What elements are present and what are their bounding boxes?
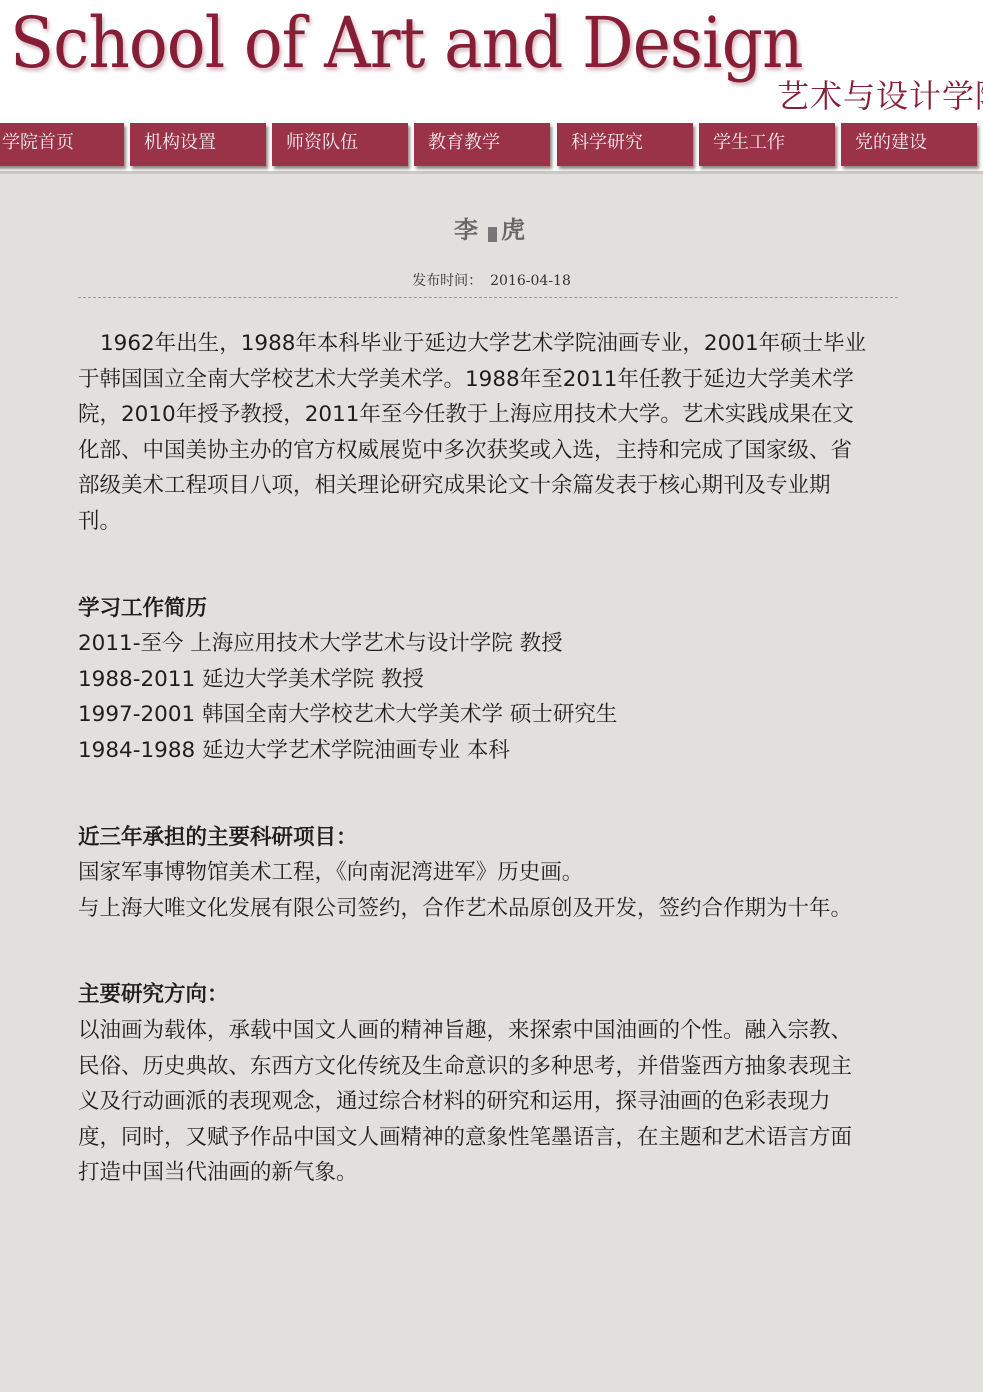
- article-title-wrap: 李虎: [0, 210, 983, 245]
- resume-line: 2011-至今 上海应用技术大学艺术与设计学院 教授: [78, 626, 868, 662]
- project-line: 与上海大唯文化发展有限公司签约，合作艺术品原创及开发，签约合作期为十年。: [78, 891, 868, 927]
- section-title: 主要研究方向：: [78, 977, 868, 1013]
- main-nav: 学院首页 机构设置 师资队伍 教育教学 科学研究 学生工作 党的建设: [0, 118, 983, 174]
- logo-english[interactable]: School of Art and Design: [10, 8, 803, 78]
- intro-paragraph: 1962年出生，1988年本科毕业于延边大学艺术学院油画专业，2001年硕士毕业…: [78, 326, 868, 540]
- title-given-name: 虎: [501, 216, 529, 244]
- nav-item-student-affairs[interactable]: 学生工作: [699, 123, 835, 166]
- redaction-mark: [488, 227, 497, 242]
- resume-line: 1988-2011 延边大学美术学院 教授: [78, 662, 868, 698]
- nav-item-education[interactable]: 教育教学: [414, 123, 550, 166]
- nav-item-home[interactable]: 学院首页: [0, 123, 124, 166]
- article-body: 1962年出生，1988年本科毕业于延边大学艺术学院油画专业，2001年硕士毕业…: [78, 326, 868, 1191]
- title-surname: 李: [454, 216, 482, 244]
- section-research-direction: 主要研究方向： 以油画为载体，承载中国文人画的精神旨趣，来探索中国油画的个性。融…: [78, 977, 868, 1191]
- dashed-divider: [78, 297, 898, 298]
- section-title: 近三年承担的主要科研项目：: [78, 820, 868, 856]
- resume-line: 1984-1988 延边大学艺术学院油画专业 本科: [78, 733, 868, 769]
- publish-date: 2016-04-18: [490, 273, 571, 289]
- section-projects: 近三年承担的主要科研项目： 国家军事博物馆美术工程，《向南泥湾进军》历史画。 与…: [78, 820, 868, 927]
- section-resume: 学习工作简历 2011-至今 上海应用技术大学艺术与设计学院 教授 1988-2…: [78, 591, 868, 769]
- resume-line: 1997-2001 韩国全南大学校艺术大学美术学 硕士研究生: [78, 697, 868, 733]
- nav-item-research[interactable]: 科学研究: [557, 123, 693, 166]
- publish-info: 发布时间：2016-04-18: [0, 270, 983, 290]
- section-title: 学习工作简历: [78, 591, 868, 627]
- logo-chinese: 艺术与设计学院: [777, 80, 983, 112]
- research-paragraph: 以油画为载体，承载中国文人画的精神旨趣，来探索中国油画的个性。融入宗教、民俗、历…: [78, 1013, 868, 1191]
- publish-label: 发布时间：: [412, 273, 482, 289]
- article-title: 李虎: [454, 210, 529, 245]
- nav-item-faculty[interactable]: 师资队伍: [272, 123, 408, 166]
- project-line: 国家军事博物馆美术工程，《向南泥湾进军》历史画。: [78, 855, 868, 891]
- nav-item-organization[interactable]: 机构设置: [130, 123, 266, 166]
- site-header: School of Art and Design 艺术与设计学院: [0, 0, 983, 118]
- nav-item-party-building[interactable]: 党的建设: [841, 123, 977, 166]
